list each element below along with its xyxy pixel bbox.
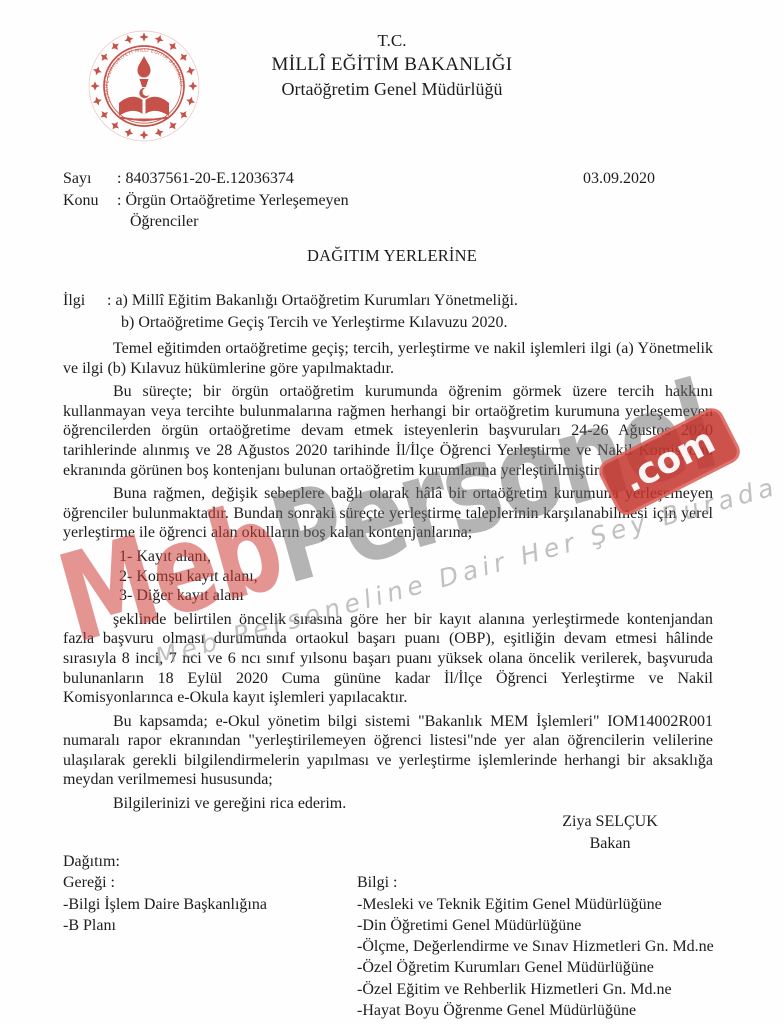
letterhead-tc: T.C. [0, 30, 784, 52]
geregi-item: -Bilgi İşlem Daire Başkanlığına [63, 894, 357, 915]
list-item: 3- Diğer kayıt alanı [119, 586, 713, 606]
letterhead: T.C. MİLLÎ EĞİTİM BAKANLIĞI Ortaöğretim … [0, 30, 784, 101]
letter-meta: Sayı : 84037561-20-E.12036374 Konu : Örg… [63, 168, 543, 233]
paragraph-4: şeklinde belirtilen öncelik sırasına gör… [63, 610, 713, 708]
sayi-label: Sayı [63, 168, 117, 190]
ilgi-line-a: : a) Millî Eğitim Bakanlığı Ortaöğretim … [107, 290, 713, 312]
distribution-title: Dağıtım: [63, 851, 754, 872]
konu-value: : Örgün Ortaöğretime Yerleşemeyen [117, 190, 543, 212]
konu-value-line2: Öğrenciler [63, 211, 543, 233]
ilgi-label: İlgi [63, 290, 107, 312]
ilgi-block: İlgi : a) Millî Eğitim Bakanlığı Ortaöğr… [63, 290, 713, 334]
paragraph-1: Temel eğitimden ortaöğretime geçiş; terc… [63, 339, 713, 378]
bilgi-item: -Özel Öğretim Kurumları Genel Müdürlüğün… [357, 957, 754, 978]
priority-list: 1- Kayıt alanı, 2- Komşu kayıt alanı, 3-… [119, 547, 713, 606]
paragraph-2: Bu süreçte; bir örgün ortaöğretim kurumu… [63, 382, 713, 480]
distribution-bilgi-column: Bilgi : -Mesleki ve Teknik Eğitim Genel … [357, 872, 754, 1021]
geregi-item: -B Planı [63, 915, 357, 936]
paragraph-3: Buna rağmen, değişik sebeplere bağlı ola… [63, 484, 713, 543]
letterhead-directorate: Ortaöğretim Genel Müdürlüğü [0, 77, 784, 101]
bilgi-item: -Din Öğretimi Genel Müdürlüğüne [357, 915, 754, 936]
signatory-name: Ziya SELÇUK [500, 811, 720, 833]
konu-label: Konu [63, 190, 117, 212]
distribution-geregi-column: Gereği : -Bilgi İşlem Daire Başkanlığına… [63, 872, 357, 1021]
signature-block: Ziya SELÇUK Bakan [500, 811, 720, 855]
letter-date: 03.09.2020 [583, 170, 655, 188]
letterhead-ministry: MİLLÎ EĞİTİM BAKANLIĞI [0, 52, 784, 77]
bilgi-item: -Hayat Boyu Öğrenme Genel Müdürlüğüne [357, 1000, 754, 1021]
geregi-label: Gereği : [63, 872, 357, 893]
letter-body: Temel eğitimden ortaöğretime geçiş; terc… [63, 339, 713, 814]
recipient-line: DAĞITIM YERLERİNE [0, 246, 784, 266]
bilgi-item: -Özel Eğitim ve Rehberlik Hizmetleri Gn.… [357, 979, 754, 1000]
ilgi-line-b: b) Ortaöğretime Geçiş Tercih ve Yerleşti… [63, 312, 713, 334]
scanned-letter-page: TÜRKİYE CUMHURİYETİ MİLLÎ EĞİTİM BAKANLI… [0, 0, 784, 1024]
paragraph-5: Bu kapsamda; e-Okul yönetim bilgi sistem… [63, 712, 713, 790]
distribution-block: Dağıtım: Gereği : -Bilgi İşlem Daire Baş… [63, 851, 754, 1021]
bilgi-item: -Mesleki ve Teknik Eğitim Genel Müdürlüğ… [357, 894, 754, 915]
list-item: 1- Kayıt alanı, [119, 547, 713, 567]
bilgi-label: Bilgi : [357, 872, 754, 893]
list-item: 2- Komşu kayıt alanı, [119, 567, 713, 587]
bilgi-item: -Ölçme, Değerlendirme ve Sınav Hizmetler… [357, 936, 754, 957]
sayi-value: : 84037561-20-E.12036374 [117, 168, 543, 190]
